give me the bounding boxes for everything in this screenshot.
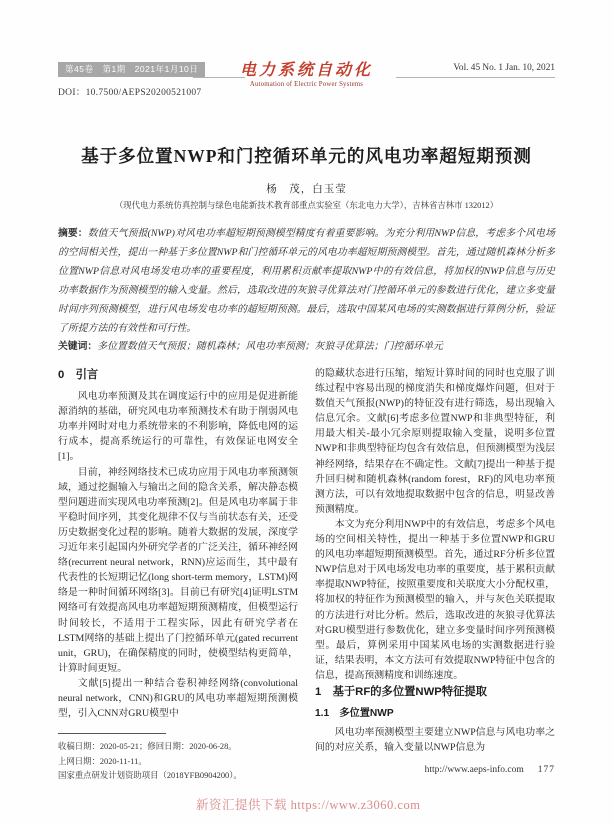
page-footer: http://www.aeps-info.com177 xyxy=(425,765,555,775)
page-number: 177 xyxy=(538,765,555,775)
watermark-link[interactable]: 新资汇提供下载 https://www.z3060.com xyxy=(196,795,420,813)
footnote-received-dates: 收稿日期：2020-05-21；修回日期：2020-06-28。 xyxy=(58,740,298,755)
section-heading-intro: 0 引言 xyxy=(58,368,298,383)
issue-info-en: Vol. 45 No. 1 Jan. 10, 2021 xyxy=(453,63,555,73)
intro-paragraph-1: 风电功率预测及其在调度运行中的应用是促进新能源消纳的基础，研究风电功率预测技术有… xyxy=(58,389,298,464)
body-paragraph-5: 本文为充分利用NWP中的有效信息，考虑多个风电场的空间相关特性，提出一种基于多位… xyxy=(315,517,555,683)
footer-url[interactable]: http://www.aeps-info.com xyxy=(425,765,524,775)
intro-paragraph-2: 目前，神经网络技术已成功应用于风电功率预测领域，通过挖掘输入与输出之间的隐含关系… xyxy=(58,465,298,676)
keywords-block: 关键词：多位置数值天气预报；随机森林；风电功率预测；灰狼寻优算法；门控循环单元 xyxy=(58,337,555,356)
authors: 杨 茂，白玉莹 xyxy=(0,181,613,196)
keywords-text: 多位置数值天气预报；随机森林；风电功率预测；灰狼寻优算法；门控循环单元 xyxy=(97,341,443,352)
footnote-rule xyxy=(58,733,166,734)
body-paragraph-6: 风电功率预测模型主要建立NWP信息与风电功率之间的对应关系，输入变量以NWP信息… xyxy=(315,725,555,755)
right-column: 的隐藏状态进行压缩，缩短计算时间的同时也克服了训练过程中容易出现的梯度消失和梯度… xyxy=(315,366,555,784)
intro-paragraph-3: 文献[5]提出一种结合卷积神经网络(convolutional neural n… xyxy=(58,676,298,721)
footnote-block: 收稿日期：2020-05-21；修回日期：2020-06-28。 上网日期：20… xyxy=(58,733,298,784)
footnote-online-date: 上网日期：2020-11-11。 xyxy=(58,755,298,770)
article-title: 基于多位置NWP和门控循环单元的风电功率超短期预测 xyxy=(0,143,613,168)
left-column: 0 引言 风电功率预测及其在调度运行中的应用是促进新能源消纳的基础，研究风电功率… xyxy=(58,366,298,784)
subsection-heading-1-1: 1.1 多位置NWP xyxy=(315,706,555,721)
body-columns: 0 引言 风电功率预测及其在调度运行中的应用是促进新能源消纳的基础，研究风电功率… xyxy=(58,366,555,784)
affiliation: （现代电力系统仿真控制与绿色电能新技术教育部重点实验室（东北电力大学），吉林省吉… xyxy=(0,199,613,211)
body-paragraph-4: 的隐藏状态进行压缩，缩短计算时间的同时也克服了训练过程中容易出现的梯度消失和梯度… xyxy=(315,366,555,517)
section-heading-1: 1 基于RF的多位置NWP特征提取 xyxy=(315,685,555,700)
journal-page: 第45卷 第1期 2021年1月10日 DOI：10.7500/AEPS2020… xyxy=(0,0,613,825)
abstract-block: 摘要：数值天气预报(NWP)对风电功率超短期预测模型精度有着重要影响。为充分利用… xyxy=(58,224,555,338)
footnote-funding: 国家重点研发计划资助项目（2018YFB0904200）。 xyxy=(58,769,298,784)
keywords-label: 关键词： xyxy=(58,341,97,352)
abstract-label: 摘要： xyxy=(58,228,88,239)
journal-name-en: Automation of Electric Power Systems xyxy=(0,81,613,88)
abstract-text: 数值天气预报(NWP)对风电功率超短期预测模型精度有着重要影响。为充分利用NWP… xyxy=(58,228,555,334)
